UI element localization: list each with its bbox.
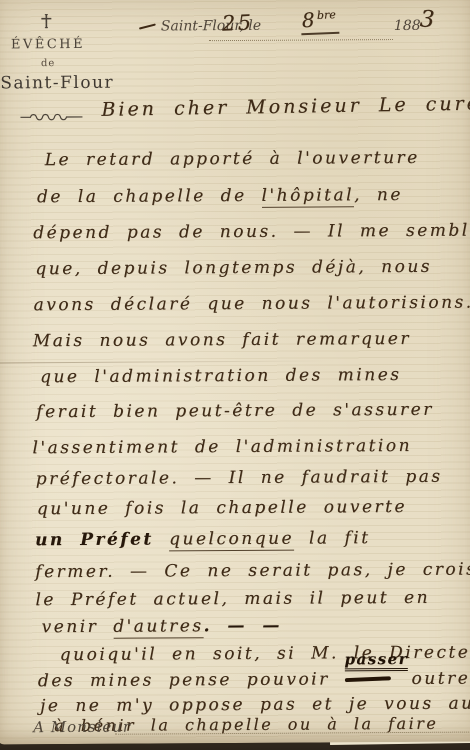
month-suffix: bre: [317, 8, 336, 22]
manuscript-line: des mines pense pouvoir passer outre: [38, 669, 470, 692]
line-text: fermer. — Ce ne serait pas, je crois: [35, 560, 470, 583]
letter-page: ÉVÊCHÉ de Saint-Flour Saint-Flour, le 25…: [0, 0, 470, 744]
manuscript-line: Mais nous avons fait remarquer: [33, 329, 411, 351]
line-text: la fit: [294, 528, 371, 548]
manuscript-line: qu'une fois la chapelle ouverte: [37, 497, 407, 519]
letterhead-place: Saint-Flour: [0, 73, 121, 94]
line-text: avons déclaré que nous l'autorisions.: [34, 293, 470, 316]
line-text: , ne: [354, 185, 403, 205]
line-text: que, depuis longtemps déjà, nous: [35, 257, 432, 279]
manuscript-line: quoiqu'il en soit, si M. le Directeur: [60, 642, 470, 665]
manuscript-line: préfectorale. — Il ne faudrait pas: [36, 467, 443, 489]
handwritten-day: 25: [221, 10, 254, 35]
manuscript-line: un Préfet quelconque la fit: [35, 528, 371, 550]
manuscript-line: que l'administration des mines: [40, 365, 402, 387]
line-text: ferait bien peut-être de s'assurer: [36, 400, 434, 422]
line-text: que l'administration des mines: [40, 365, 402, 387]
scanned-letter: ÉVÊCHÉ de Saint-Flour Saint-Flour, le 25…: [0, 0, 470, 750]
manuscript-line: venir d'autres. — —: [42, 616, 282, 637]
manuscript-line: l'assentiment de l'administration: [32, 436, 412, 458]
line-text: de la chapelle de: [37, 186, 262, 207]
pen-flourish: [139, 23, 156, 29]
letterhead-flourish-icon: [19, 107, 83, 126]
handwritten-year-digit: 3: [419, 6, 437, 33]
fold-crease: [0, 360, 335, 363]
handwritten-month: 8bre: [300, 7, 339, 36]
line-text: outre: [397, 669, 470, 689]
correction: passer: [345, 669, 397, 689]
line-text: quoiqu'il en soit, si M. le Directeur: [60, 642, 470, 665]
manuscript-line: de la chapelle de l'hôpital, ne: [37, 185, 403, 207]
manuscript-line: ferait bien peut-être de s'assurer: [36, 400, 434, 422]
line-text: l'assentiment de l'administration: [32, 436, 412, 458]
manuscript-line: dépend pas de nous. — Il me semble: [33, 220, 470, 243]
line-text: le Préfet actuel, mais il peut en: [35, 588, 430, 610]
line-text: des mines pense pouvoir: [38, 669, 345, 691]
manuscript-line: le Préfet actuel, mais il peut en: [35, 588, 430, 610]
manuscript-line: Le retard apporté à l'ouverture: [45, 148, 420, 170]
inserted-word: passer: [344, 650, 408, 671]
line-text: un Préfet: [35, 529, 169, 550]
underlined-word: d'autres: [113, 616, 204, 639]
manuscript-line: je ne m'y oppose pas et je vous autorise: [40, 693, 470, 716]
line-text: je ne m'y oppose pas et je vous autorise: [40, 693, 470, 716]
printed-year-prefix: 188: [394, 18, 421, 34]
letterhead-title: ÉVÊCHÉ: [0, 37, 103, 53]
underlined-word: l'hôpital: [261, 185, 354, 208]
line-text: préfectorale. — Il ne faudrait pas: [36, 467, 443, 489]
line-text: dépend pas de nous. — Il me semble: [33, 220, 470, 243]
line-text: Mais nous avons fait remarquer: [33, 329, 411, 351]
letterhead-de: de: [0, 58, 103, 70]
latin-cross-icon: [40, 13, 53, 33]
line-text: . — —: [203, 616, 281, 636]
line-text: venir: [42, 617, 114, 637]
manuscript-line: que, depuis longtemps déjà, nous: [35, 257, 432, 279]
manuscript-line: fermer. — Ce ne serait pas, je crois: [35, 560, 470, 583]
manuscript-line: avons déclaré que nous l'autorisions.: [34, 293, 470, 316]
strikethrough-blot: [345, 676, 391, 682]
month-number: 8: [301, 8, 317, 33]
salutation: Bien cher Monsieur Le curé,: [101, 92, 470, 120]
underlined-word: quelconque: [169, 529, 294, 552]
date-dotted-line: [209, 39, 393, 41]
line-text: qu'une fois la chapelle ouverte: [37, 497, 407, 519]
line-text: Le retard apporté à l'ouverture: [45, 148, 420, 170]
